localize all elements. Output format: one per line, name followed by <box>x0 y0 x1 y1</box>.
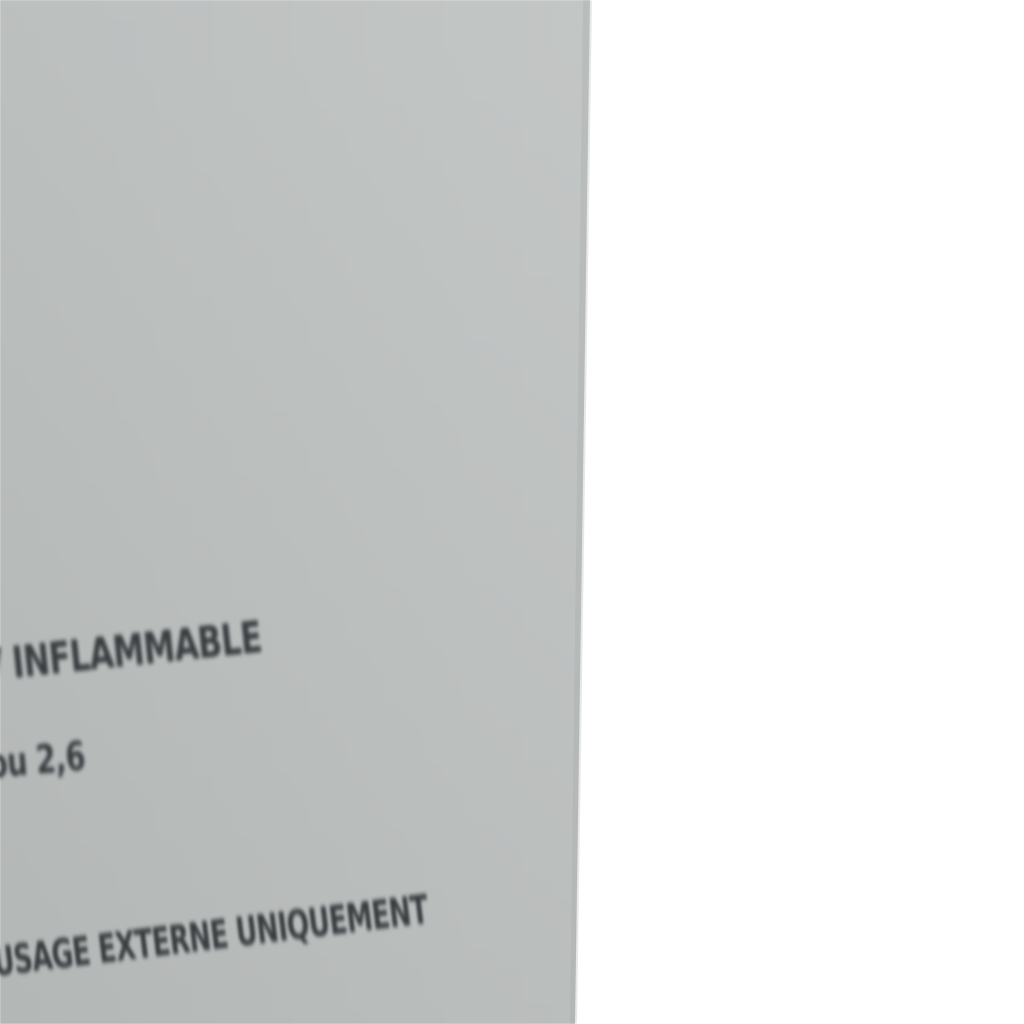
bottle-shading <box>0 0 1024 1024</box>
bottle-surface: / INFLAMMABLE ou 2,6 USAGE EXTERNE UNIQU… <box>0 0 1024 1024</box>
label-volume-text: ou 2,6 <box>0 734 87 788</box>
